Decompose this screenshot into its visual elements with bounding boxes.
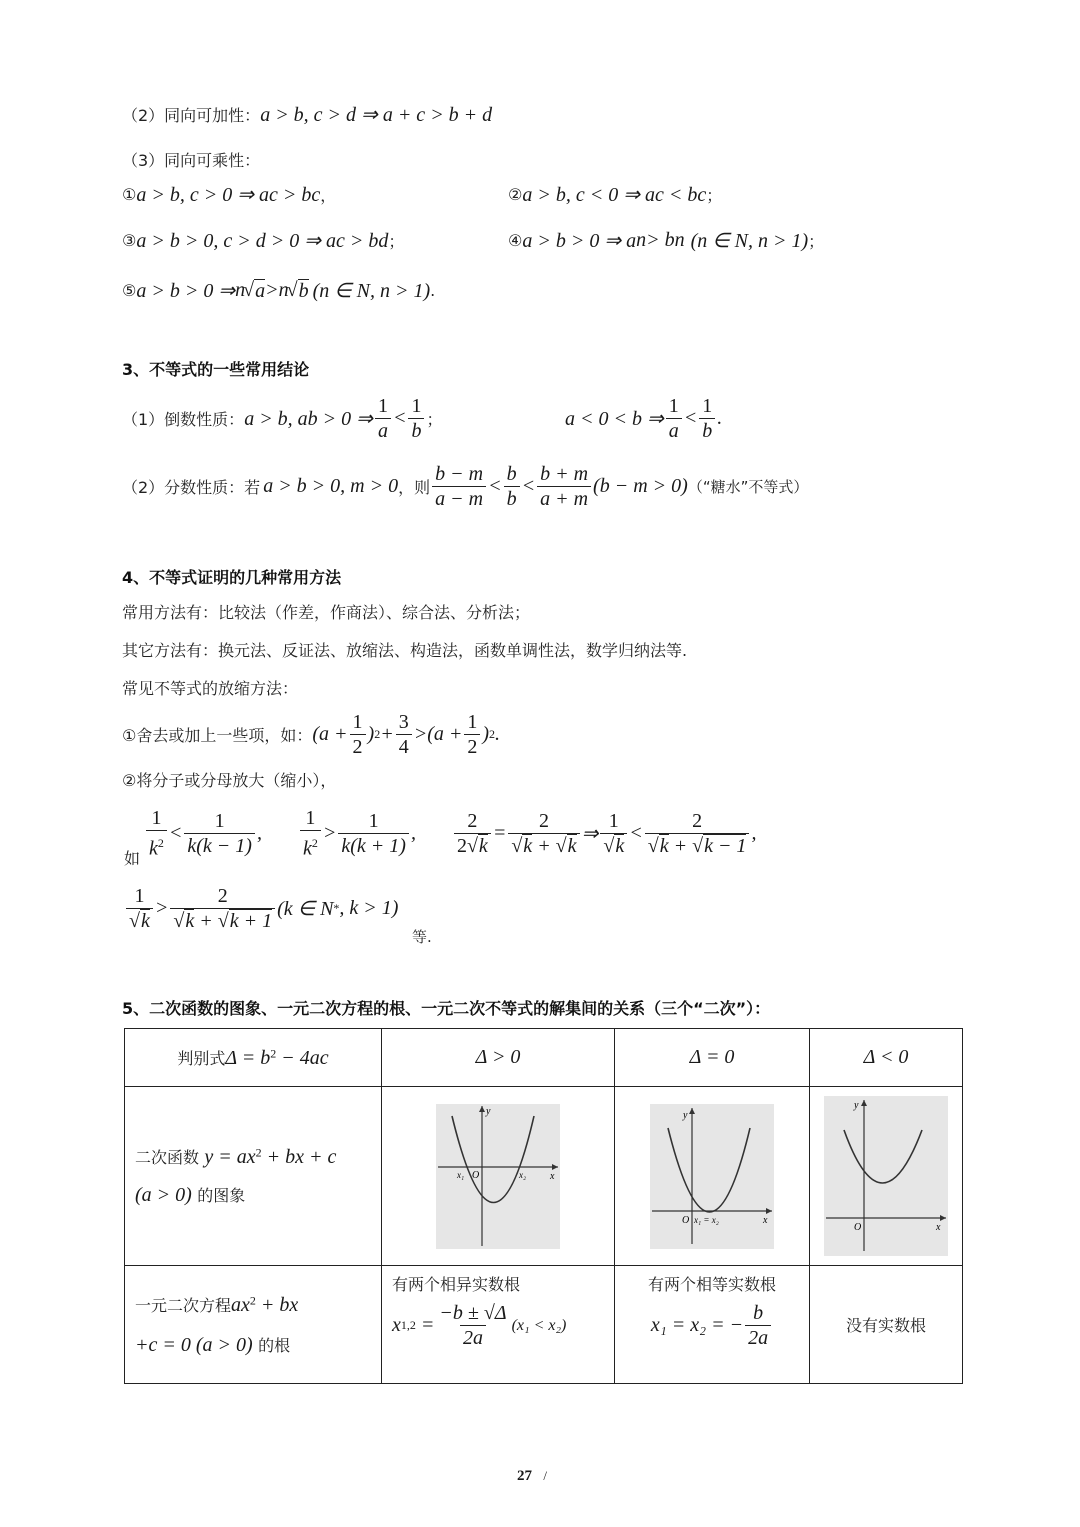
numerator: 1 [148,806,164,830]
numerator: b − m [432,462,486,486]
graph-two-roots-cell: y x O x₁ x₂ [382,1087,615,1266]
fraction: 12 [464,710,480,759]
denominator: a + m [537,486,591,511]
punct: . [717,407,722,430]
numerator: 1 [464,710,480,734]
marker: ③ [122,231,136,250]
page-footer: 27 / [517,1465,547,1485]
fraction: 1a [375,394,391,443]
operator: < [393,407,407,430]
label: 二次函数 [135,1148,199,1167]
radicand: k [567,834,577,857]
radicand: k [659,834,669,857]
punct: ； [706,183,722,206]
fraction-property: （2）分数性质：若 a > b > 0, m > 0 ，则 b − ma − m… [122,462,808,511]
label: 一元二次方程 [135,1296,231,1315]
denominator: a [666,418,682,443]
svg-text:x₁ = x₂: x₁ = x₂ [693,1215,719,1225]
radical-icon: √ [243,279,254,302]
formula: Δ = b [225,1047,270,1069]
numerator: 2 [689,809,705,833]
svg-text:y: y [853,1100,859,1111]
rule-4: ④ a > b > 0 ⇒ an > bn (n ∈ N, n > 1) ； [508,228,824,253]
other-methods: 其它方法有：换元法、反证法、放缩法、构造法，函数单调性法，数学归纳法等. [122,638,687,661]
numerator: 1 [408,394,424,418]
marker: ⑤ [122,281,136,300]
rule-formula: a > b, c > d ⇒ a + c > b + d [260,102,492,127]
fraction: b2a [745,1301,771,1350]
delta-zero-header: Δ = 0 [615,1029,810,1087]
graph-row-label: 二次函数 y = ax2 + bx + c (a > 0) 的图象 [125,1087,382,1266]
formula: − 4ac [276,1047,328,1069]
roots-formula: x₁ = x₂ = − b2a [615,1301,809,1350]
rule-5: ⑤ a > b > 0 ⇒ n√a > n√b (n ∈ N, n > 1) . [122,278,435,303]
numerator: 1 [606,809,622,833]
reciprocal-property: （1）倒数性质： a > b, ab > 0 ⇒ 1a < 1b ； [122,394,442,443]
svg-text:x: x [935,1222,941,1233]
variable: x [392,1314,401,1337]
exponent: n [636,229,646,252]
etc-label: 等. [412,926,432,947]
formula: y = ax [204,1146,255,1168]
radicand: k [184,909,194,932]
quadratic-relation-table: 判别式Δ = b2 − 4ac Δ > 0 Δ = 0 Δ < 0 二次函数 y… [124,1028,963,1384]
condition: (n ∈ N, n > 1) [691,228,809,253]
fraction: 1k2 [300,806,321,861]
formula: a > b, c < 0 ⇒ ac < bc [522,182,706,207]
denominator: 2a [460,1325,486,1350]
parabola-one-root-graph: y x O x₁ = x₂ [650,1104,774,1249]
exponent: 2 [158,836,164,850]
label: ①舍去或加上一些项，如： [122,723,312,746]
denominator: 2a [745,1325,771,1350]
fraction: b − ma − m [432,462,486,511]
numerator: −b ± √Δ [436,1301,509,1325]
svg-text:O: O [472,1170,479,1181]
fraction: 22√k [454,809,491,858]
fraction: 12 [350,710,366,759]
denominator: k(k + 1) [338,833,409,858]
formula: (a + [312,723,347,746]
label: 的根 [258,1336,290,1355]
operator: < [169,822,183,845]
roots-description: 有两个相等实数根 [615,1272,809,1295]
svg-text:x: x [549,1171,555,1182]
exponent: n [675,229,685,252]
radicand: k [140,909,150,932]
condition: (b − m > 0) [593,475,688,498]
rule-3: ③ a > b > 0, c > d > 0 ⇒ ac > bd ； [122,228,404,253]
premise: a > b, ab > 0 ⇒ [244,406,373,431]
formula: a > b > 0, c > d > 0 ⇒ ac > bd [136,228,388,253]
numerator: 1 [131,884,147,908]
radicand: a [254,279,265,303]
label: 的图象 [197,1186,245,1205]
fraction: 1√k [600,809,627,858]
coefficient: 2 [457,835,467,857]
scaling-methods-heading: 常见不等式的放缩方法： [122,676,298,699]
denominator: 2 [464,734,480,759]
numerator: 3 [396,710,412,734]
denominator: k [149,838,158,860]
condition: (k ∈ N [277,896,333,921]
page-separator: / [543,1468,547,1483]
multiplicativity-heading: （3）同向可乘性： [122,148,260,171]
roots-description: 有两个相异实数根 [392,1272,614,1295]
graph-one-root-cell: y x O x₁ = x₂ [615,1087,810,1266]
svg-text:O: O [682,1215,689,1226]
punct: . [430,281,435,300]
scaling-examples-line2: 1√k > 2√k + √k + 1 (k ∈ N*, k > 1) [124,884,398,933]
radical-icon: √ [287,279,298,302]
premise: a > b > 0, m > 0 [263,475,398,498]
denominator: a − m [432,486,486,511]
fraction: 1√k [126,884,153,933]
formula: > b [646,229,675,252]
then: ，则 [398,475,430,498]
table-header-row: 判别式Δ = b2 − 4ac Δ > 0 Δ = 0 Δ < 0 [125,1029,963,1087]
formula: a > b > 0 ⇒ [136,278,235,303]
marker: ④ [508,231,522,250]
svg-text:y: y [485,1106,491,1117]
discriminant-header: 判别式Δ = b2 − 4ac [125,1029,382,1087]
fraction: 1b [699,394,715,443]
operator: < [629,822,643,845]
operator: < [684,407,698,430]
punct: ； [808,229,824,252]
denominator: b [408,418,424,443]
two-equal-roots-cell: 有两个相等实数根 x₁ = x₂ = − b2a [615,1266,810,1384]
operator: < [522,475,536,498]
note: （“糖水”不等式） [688,476,809,497]
denominator: 2 [350,734,366,759]
section-4-heading: 4、不等式证明的几种常用方法 [122,565,341,588]
fraction: 2√k + √k [508,809,579,858]
radicand: k + 1 [229,909,272,932]
numerator: 1 [375,394,391,418]
exponent: 2 [312,836,318,850]
numerator: 1 [366,809,382,833]
numerator: 1 [212,809,228,833]
radicand: b [298,279,309,303]
svg-text:x₂: x₂ [518,1170,526,1180]
condition: (x₁ < x₂) [512,1317,567,1335]
section-3-heading: 3、不等式的一些常用结论 [122,357,309,380]
fraction: 1b [408,394,424,443]
delta-positive-header: Δ > 0 [382,1029,615,1087]
common-methods: 常用方法有：比较法（作差，作商法）、综合法、分析法； [122,600,530,623]
numerator: b [504,462,520,486]
formula: a > b > 0 ⇒ a [522,228,636,253]
fraction: bb [504,462,520,511]
operator: > [265,279,279,302]
roots-formula: x1,2 = −b ± √Δ2a (x₁ < x₂) [392,1301,614,1350]
fraction: 1k2 [146,806,167,861]
fraction: −b ± √Δ2a [436,1301,509,1350]
no-real-roots-cell: 没有实数根 [810,1266,963,1384]
formula: ax [231,1294,250,1316]
punct: ； [388,229,404,252]
label: （2）分数性质：若 [122,475,260,498]
radicand: k [478,834,488,857]
numerator: 2 [215,884,231,908]
condition: , k > 1) [339,897,398,920]
marker: ① [122,185,136,204]
numerator: 2 [536,809,552,833]
formula: x₁ = x₂ = − [651,1314,743,1337]
punct: ； [426,407,442,430]
label: （1）倒数性质： [122,407,244,430]
denominator: b [504,486,520,511]
svg-text:x₁: x₁ [456,1170,464,1180]
fraction: 1a [666,394,682,443]
formula: + bx [256,1294,298,1316]
condition: (a > 0) [135,1184,192,1206]
condition: +c = 0 (a > 0) [135,1334,253,1356]
radicand: k [522,834,532,857]
operator: + [380,723,394,746]
denominator: k [303,838,312,860]
rule-2: ② a > b, c < 0 ⇒ ac < bc ； [508,182,722,207]
numerator: 1 [666,394,682,418]
fraction: b + ma + m [537,462,591,511]
marker: ② [508,185,522,204]
condition: (n ∈ N, n > 1) [313,278,431,303]
punct: . [495,723,500,746]
operator: < [488,475,502,498]
radicand: k − 1 [703,834,746,857]
premise: a < 0 < b ⇒ [565,406,664,431]
svg-text:O: O [854,1222,861,1233]
formula: + bx + c [262,1146,337,1168]
formula: (a + [427,723,462,746]
svg-text:x: x [762,1215,768,1226]
rule-1: ① a > b, c > 0 ⇒ ac > bc ， [122,182,336,207]
reciprocal-property-2: a < 0 < b ⇒ 1a < 1b . [565,394,722,443]
numerator: b [750,1301,766,1325]
fraction: 1k(k + 1) [338,809,409,858]
radicand: k [614,834,624,857]
formula: ) [482,723,489,746]
scaling-rule-2: ②将分子或分母放大（缩小）， [122,768,336,791]
roots-row-label: 一元二次方程ax2 + bx +c = 0 (a > 0) 的根 [125,1266,382,1384]
fraction: 2√k + √k + 1 [170,884,275,933]
parabola-no-root-graph: y x O [824,1096,948,1256]
denominator: k(k − 1) [184,833,255,858]
label: 判别式 [177,1049,225,1068]
numerator: 1 [350,710,366,734]
delta-negative-header: Δ < 0 [810,1029,963,1087]
page-number: 27 [517,1468,532,1484]
section-5-heading: 5、二次函数的图象、一元二次方程的根、一元二次不等式的解集间的关系（三个“二次”… [122,996,770,1019]
denominator: a [375,418,391,443]
scaling-examples-line1: 1k2 < 1k(k − 1) , 1k2 > 1k(k + 1) , 22√k… [144,806,756,861]
additivity-rule: （2）同向可加性： a > b, c > d ⇒ a + c > b + d [122,102,492,127]
scaling-rule-1: ①舍去或加上一些项，如： (a + 12 )2 + 34 > (a + 12 )… [122,710,500,759]
parabola-two-roots-graph: y x O x₁ x₂ [436,1104,560,1249]
fraction: 1k(k − 1) [184,809,255,858]
numerator: 1 [302,806,318,830]
subscript: 1,2 [401,1318,416,1333]
denominator: 4 [396,734,412,759]
formula: a > b, c > 0 ⇒ ac > bc [136,182,320,207]
roots-row: 一元二次方程ax2 + bx +c = 0 (a > 0) 的根 有两个相异实数… [125,1266,963,1384]
graph-row: 二次函数 y = ax2 + bx + c (a > 0) 的图象 y x O … [125,1087,963,1266]
rule-label: （2）同向可加性： [122,103,260,126]
graph-no-root-cell: y x O [810,1087,963,1266]
fraction: 2√k + √k − 1 [645,809,750,858]
numerator: b + m [537,462,591,486]
example-prefix: 如 [124,846,140,869]
operator: > [414,723,428,746]
fraction: 34 [396,710,412,759]
punct: ， [320,183,336,206]
svg-text:y: y [682,1110,688,1121]
numerator: 2 [464,809,480,833]
numerator: 1 [699,394,715,418]
formula: ) [368,723,375,746]
denominator: b [699,418,715,443]
two-distinct-roots-cell: 有两个相异实数根 x1,2 = −b ± √Δ2a (x₁ < x₂) [382,1266,615,1384]
